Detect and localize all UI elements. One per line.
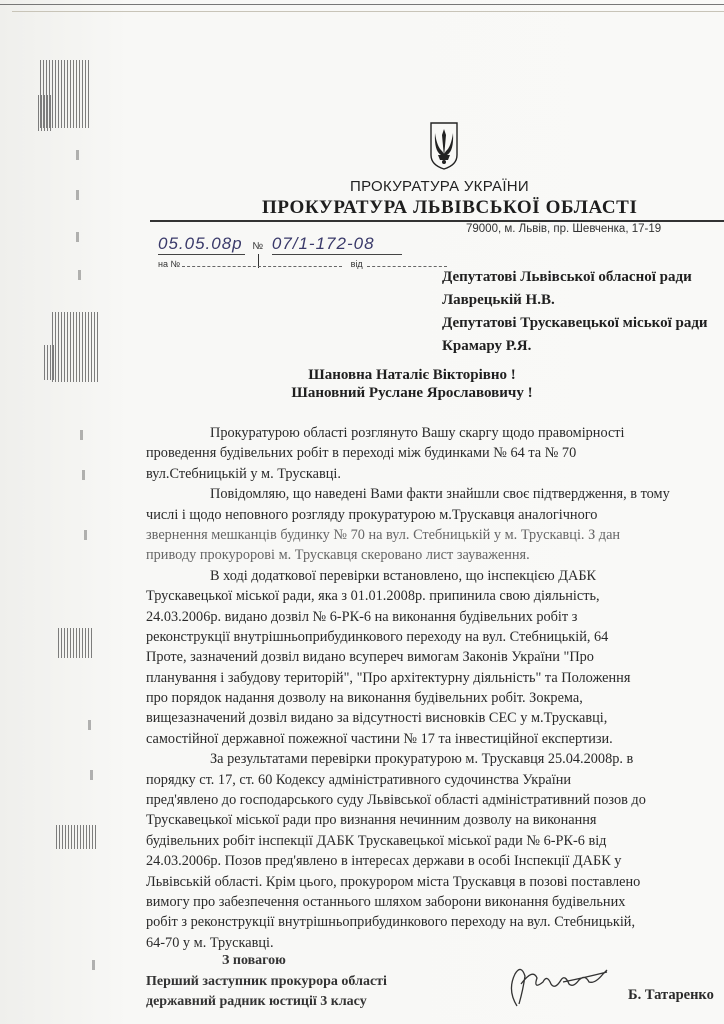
- from-label: від: [351, 259, 363, 269]
- body-line: приводу прокуророві м. Трускавця скерова…: [146, 545, 724, 565]
- addressee-block: Депутатові Львівської обласної ради Лавр…: [442, 266, 708, 358]
- ref-blank: [182, 266, 342, 267]
- reference-line: на № від: [158, 259, 447, 269]
- signer-title-line: державний радник юстиції 3 класу: [146, 992, 387, 1012]
- body-line: про порядок надання дозволу на виконання…: [146, 688, 724, 708]
- addressee-line: Крамару Р.Я.: [442, 335, 708, 358]
- body-line: 64-70 у м. Трускавці.: [146, 933, 724, 953]
- signer-name: Б. Татаренко: [628, 987, 714, 1004]
- greeting-2: Шановний Руслане Ярославовичу !: [50, 385, 724, 402]
- signer-title-line: Перший заступник прокурора області: [146, 972, 387, 992]
- body-line: проведення будівельних робіт в переході …: [146, 443, 724, 463]
- greeting-1: Шановна Наталіє Вікторівно !: [50, 367, 724, 384]
- body-line: вищезазначений дозвіл видано за відсутно…: [146, 708, 724, 728]
- body-line: Трускавецької міської ради про визнання …: [146, 810, 724, 830]
- body-line: пред'явлено до господарського суду Львів…: [146, 790, 724, 810]
- from-blank: [367, 266, 447, 267]
- body-line: робіт з реконструкції внутрішньоприбудин…: [146, 912, 724, 932]
- trident-coat-of-arms-icon: [429, 121, 459, 171]
- body-line: В ході додаткової перевірки встановлено,…: [146, 566, 724, 586]
- body-line: Повідомляю, що наведені Вами факти знайш…: [146, 484, 724, 504]
- body-line: Трускавецької міської ради, яка з 01.01.…: [146, 586, 724, 606]
- closing-salutation: З повагою: [222, 953, 286, 969]
- body-line: 24.03.2006р. видано дозвіл № 6-РК-6 на в…: [146, 607, 724, 627]
- body-line: вимогу про забезпечення останнього шляхо…: [146, 892, 724, 912]
- ministry-name: ПРОКУРАТУРА УКРАЇНИ: [350, 178, 529, 195]
- body-line: порядку ст. 17, ст. 60 Кодексу адміністр…: [146, 770, 724, 790]
- body-line: вул.Стебницькій у м. Трускавці.: [146, 464, 724, 484]
- ref-label: на №: [158, 259, 180, 269]
- office-name: ПРОКУРАТУРА ЛЬВІВСЬКОЇ ОБЛАСТІ: [262, 197, 637, 219]
- outgoing-date: 05.05.08р: [158, 234, 245, 255]
- body-line: будівельних робіт інспекції ДАБК Трускав…: [146, 831, 724, 851]
- body-line: 24.03.2006р. Позов пред'явлено в інтерес…: [146, 851, 724, 871]
- body-line: Проте, зазначений дозвіл видано всупереч…: [146, 647, 724, 667]
- body-line: реконструкції внутрішньоприбудинкового п…: [146, 627, 724, 647]
- scanned-letter-page: ПРОКУРАТУРА УКРАЇНИ ПРОКУРАТУРА ЛЬВІВСЬК…: [0, 0, 724, 1024]
- body-line: планування і забудову територій", "Про а…: [146, 668, 724, 688]
- letterhead-rule: [150, 220, 724, 222]
- outgoing-reference: 05.05.08р № 07/1-172-08: [158, 234, 402, 255]
- handwritten-signature-icon: [503, 960, 613, 1010]
- body-line: самостійної державної пожежної частини №…: [146, 729, 724, 749]
- letter-body: Прокуратурою області розглянуто Вашу ска…: [146, 423, 724, 953]
- body-line: Прокуратурою області розглянуто Вашу ска…: [146, 423, 724, 443]
- outgoing-number: 07/1-172-08: [272, 234, 402, 255]
- addressee-line: Депутатові Трускавецької міської ради: [442, 312, 708, 335]
- body-line: числі і щодо неповного розгляду прокурат…: [146, 505, 724, 525]
- binding-hole-artifacts: [0, 0, 140, 1024]
- body-line: звернення мешканців будинку № 70 на вул.…: [146, 525, 724, 545]
- body-line: За результатами перевірки прокуратурою м…: [146, 749, 724, 769]
- addressee-line: Депутатові Львівської обласної ради: [442, 266, 708, 289]
- body-line: Львівській області. Крім цього, прокурор…: [146, 872, 724, 892]
- office-address: 79000, м. Львів, пр. Шевченка, 17-19: [466, 223, 661, 235]
- addressee-line: Лаврецькій Н.В.: [442, 289, 708, 312]
- signer-title: Перший заступник прокурора області держа…: [146, 972, 387, 1012]
- number-label: №: [252, 241, 264, 252]
